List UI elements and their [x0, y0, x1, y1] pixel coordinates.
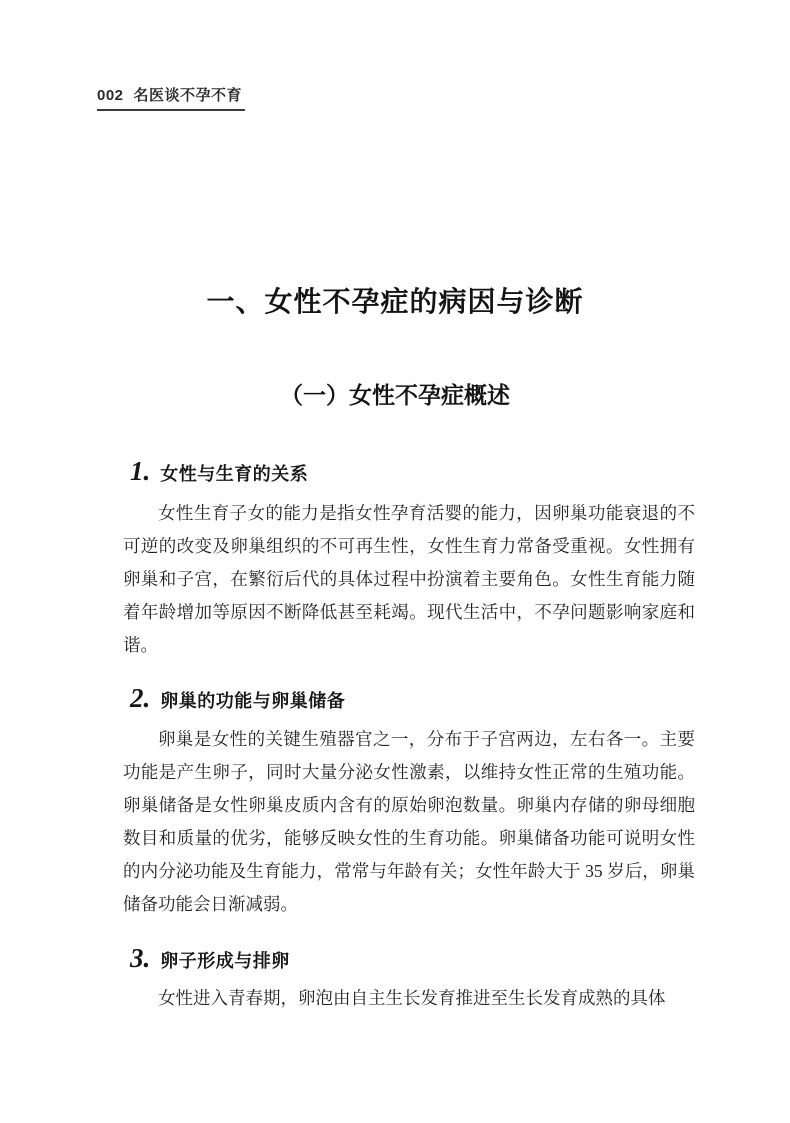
subsection-number-1: 1. — [130, 456, 150, 487]
book-title: 名医谈不孕不育 — [134, 84, 243, 105]
page-header: 002 名医谈不孕不育 — [97, 84, 245, 111]
subsection-heading-1: 1. 女性与生育的关系 — [130, 456, 308, 487]
subsection-heading-text-1: 女性与生育的关系 — [160, 460, 308, 486]
page-number: 002 — [97, 87, 124, 104]
subsection-number-2: 2. — [130, 683, 150, 714]
chapter-title: 一、女性不孕症的病因与诊断 — [0, 280, 790, 320]
subsection-heading-3: 3. 卵子形成与排卵 — [130, 943, 290, 974]
book-page: 002 名医谈不孕不育 一、女性不孕症的病因与诊断 （一）女性不孕症概述 1. … — [0, 0, 790, 1123]
section-title: （一）女性不孕症概述 — [0, 377, 790, 410]
subsection-heading-2: 2. 卵巢的功能与卵巢储备 — [130, 683, 345, 714]
body-paragraph-3: 女性进入青春期，卵泡由自主生长发育推进至生长发育成熟的具体 — [123, 982, 695, 1015]
subsection-heading-text-2: 卵巢的功能与卵巢储备 — [160, 687, 345, 713]
subsection-number-3: 3. — [130, 943, 150, 974]
body-paragraph-1: 女性生育子女的能力是指女性孕育活婴的能力，因卵巢功能衰退的不可逆的改变及卵巢组织… — [123, 497, 695, 662]
body-paragraph-2: 卵巢是女性的关键生殖器官之一，分布于子宫两边，左右各一。主要功能是产生卵子，同时… — [123, 723, 695, 921]
subsection-heading-text-3: 卵子形成与排卵 — [160, 947, 290, 973]
